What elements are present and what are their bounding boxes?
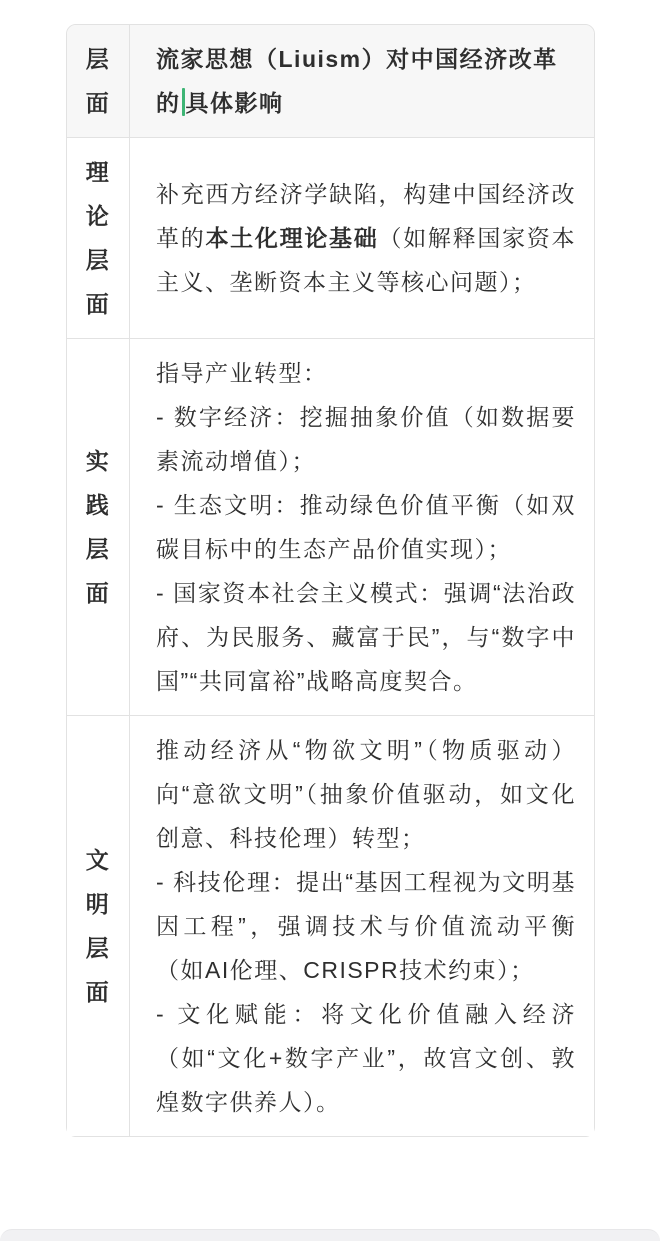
row-label: 实践层面 bbox=[86, 439, 111, 615]
row-content: 推动经济从“物欲文明”（物质驱动）向“意欲文明”（抽象价值驱动，如文化创意、科技… bbox=[130, 716, 594, 1136]
app-screen: 层面 流家思想（Liuism）对中国经济改革的具体影响 理论层面补充西方经济学缺… bbox=[0, 0, 660, 1241]
row-label: 理论层面 bbox=[86, 150, 111, 326]
table-body: 理论层面补充西方经济学缺陷，构建中国经济改革的本土化理论基础（如解释国家资本主义… bbox=[67, 138, 594, 1136]
liuism-impact-table: 层面 流家思想（Liuism）对中国经济改革的具体影响 理论层面补充西方经济学缺… bbox=[66, 24, 595, 1137]
table-title-text-after-caret: 具体影响 bbox=[186, 90, 284, 116]
row-content: 指导产业转型： - 数字经济：挖掘抽象价值（如数据要素流动增值）； - 生态文明… bbox=[130, 339, 594, 716]
row-content: 补充西方经济学缺陷，构建中国经济改革的本土化理论基础（如解释国家资本主义、垄断资… bbox=[130, 138, 594, 339]
table-row: 理论层面补充西方经济学缺陷，构建中国经济改革的本土化理论基础（如解释国家资本主义… bbox=[67, 138, 594, 339]
table-header: 层面 流家思想（Liuism）对中国经济改革的具体影响 bbox=[67, 25, 594, 138]
text-cursor-caret bbox=[182, 88, 185, 116]
row-label-cell: 理论层面 bbox=[67, 138, 130, 339]
text-segment: 指导产业转型： - 数字经济：挖掘抽象价值（如数据要素流动增值）； - 生态文明… bbox=[156, 360, 576, 694]
header-cell-title: 流家思想（Liuism）对中国经济改革的具体影响 bbox=[130, 25, 594, 138]
header-row: 层面 流家思想（Liuism）对中国经济改革的具体影响 bbox=[67, 25, 594, 138]
content-table-container: 层面 流家思想（Liuism）对中国经济改革的具体影响 理论层面补充西方经济学缺… bbox=[66, 24, 595, 1137]
header-cell-layer: 层面 bbox=[67, 25, 130, 138]
row-label-cell: 实践层面 bbox=[67, 339, 130, 716]
row-label-cell: 文明层面 bbox=[67, 716, 130, 1136]
header-layer-label: 层面 bbox=[86, 37, 111, 125]
text-segment: 推动经济从“物欲文明”（物质驱动）向“意欲文明”（抽象价值驱动，如文化创意、科技… bbox=[156, 737, 576, 1115]
bold-text-segment: 本土化理论基础 bbox=[205, 225, 378, 251]
bottom-panel-edge bbox=[0, 1229, 660, 1241]
table-row: 实践层面指导产业转型： - 数字经济：挖掘抽象价值（如数据要素流动增值）； - … bbox=[67, 339, 594, 716]
table-row: 文明层面推动经济从“物欲文明”（物质驱动）向“意欲文明”（抽象价值驱动，如文化创… bbox=[67, 716, 594, 1136]
row-label: 文明层面 bbox=[86, 838, 111, 1014]
